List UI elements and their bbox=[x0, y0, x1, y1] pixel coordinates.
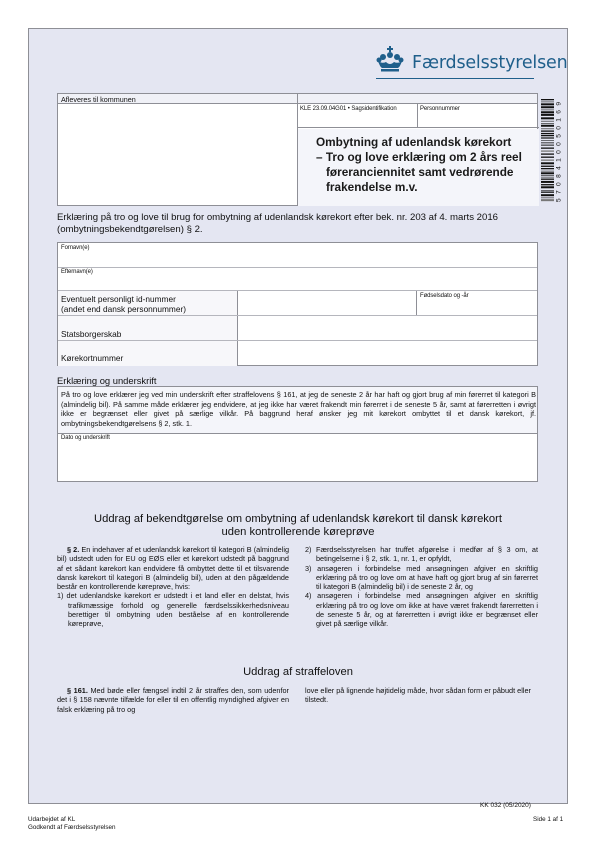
page-number: Side 1 af 1 bbox=[533, 816, 563, 823]
paragraph-text: En indehaver af et udenlandsk kørekort t… bbox=[57, 545, 289, 591]
license-number-row: Kørekortnummer bbox=[58, 341, 537, 366]
prepared-by: Udarbejdet af KL bbox=[28, 816, 116, 824]
citizenship-row: Statsborgerskab bbox=[58, 316, 537, 341]
title-line: Ombytning af udenlandsk kørekort bbox=[316, 135, 536, 150]
first-name-label: Fornavn(e) bbox=[61, 245, 89, 251]
intro-text: Erklæring på tro og love til brug for om… bbox=[57, 212, 542, 235]
order-excerpt-left-column: § 2. En indehaver af et udenlandsk kørek… bbox=[57, 545, 289, 629]
license-number-label: Kørekortnummer bbox=[61, 353, 123, 363]
id-number-label: Eventuelt personligt id-nummer (andet en… bbox=[61, 294, 186, 314]
approved-by: Godkendt af Færdselsstyrelsen bbox=[28, 824, 116, 832]
brand-name: Færdselsstyrelsen bbox=[412, 53, 567, 73]
order-excerpt-title-line: Uddrag af bekendtgørelse om ombytning af… bbox=[28, 513, 568, 526]
document-title-area: Ombytning af udenlandsk kørekort – Tro o… bbox=[298, 129, 539, 206]
penal-excerpt-right-column: love eller på lignende højtidelig måde, … bbox=[305, 686, 538, 705]
paragraph-text: Med bøde eller fængsel indtil 2 år straf… bbox=[57, 686, 289, 714]
penal-paragraph-continued: love eller på lignende højtidelig måde, … bbox=[305, 686, 538, 705]
license-number-field[interactable] bbox=[238, 341, 539, 366]
penal-excerpt-left-column: § 161. Med bøde eller fængsel indtil 2 å… bbox=[57, 686, 289, 714]
header-box: Afleveres til kommunen KLE 23.09.04G01 •… bbox=[57, 93, 538, 206]
form-code: KK 032 (05/2020) bbox=[480, 802, 531, 809]
citizenship-label: Statsborgerskab bbox=[61, 329, 121, 339]
order-excerpt-title-line: uden kontrollerende køreprøve bbox=[28, 526, 568, 539]
order-item: 3) ansøgeren i forbindelse med ansøgning… bbox=[305, 564, 538, 592]
order-item: 2) Færdselsstyrelsen har truffet afgørel… bbox=[305, 545, 538, 564]
barcode-icon: 5708410050169 bbox=[541, 98, 561, 203]
cpr-label: Personnummer bbox=[420, 106, 460, 112]
title-line: føreranciennitet samt vedrørende bbox=[316, 165, 536, 180]
signature-field[interactable] bbox=[58, 434, 537, 482]
personal-data-table: Fornavn(e) Efternavn(e) Eventuelt person… bbox=[57, 242, 538, 366]
birth-date-field[interactable] bbox=[417, 299, 539, 316]
last-name-row[interactable]: Efternavn(e) bbox=[58, 268, 537, 291]
title-line: frakendelse m.v. bbox=[316, 180, 536, 195]
declaration-text: På tro og love erklærer jeg ved min unde… bbox=[61, 390, 536, 428]
id-number-label-line: Eventuelt personligt id-nummer bbox=[61, 294, 186, 304]
deliver-to-label: Afleveres til kommunen bbox=[61, 95, 136, 104]
title-line: – Tro og love erklæring om 2 års reel bbox=[316, 150, 536, 165]
declaration-box: På tro og love erklærer jeg ved min unde… bbox=[57, 386, 538, 482]
paragraph-mark: § 2. bbox=[67, 545, 79, 554]
crown-icon bbox=[376, 46, 404, 74]
document-title: Ombytning af udenlandsk kørekort – Tro o… bbox=[316, 135, 536, 195]
svg-text:5708410050169: 5708410050169 bbox=[556, 102, 562, 202]
penal-paragraph: § 161. Med bøde eller fængsel indtil 2 å… bbox=[57, 686, 289, 714]
id-number-field[interactable] bbox=[238, 291, 416, 315]
citizenship-field[interactable] bbox=[238, 316, 539, 340]
last-name-label: Efternavn(e) bbox=[61, 269, 93, 275]
order-paragraph: § 2. En indehaver af et udenlandsk kørek… bbox=[57, 545, 289, 591]
municipality-address-field[interactable] bbox=[58, 105, 297, 206]
id-number-row: Eventuelt personligt id-nummer (andet en… bbox=[58, 291, 537, 316]
faerdselsstyrelsen-logo: Færdselsstyrelsen bbox=[376, 44, 546, 80]
footer-credits: Udarbejdet af KL Godkendt af Færdselssty… bbox=[28, 816, 116, 832]
first-name-row[interactable]: Fornavn(e) bbox=[58, 243, 537, 268]
order-item: 1) det udenlandske kørekort er udstedt i… bbox=[57, 591, 289, 628]
order-excerpt-title: Uddrag af bekendtgørelse om ombytning af… bbox=[28, 513, 568, 539]
id-number-label-line: (andet end dansk personnummer) bbox=[61, 304, 186, 314]
order-excerpt-right-column: 2) Færdselsstyrelsen har truffet afgørel… bbox=[305, 545, 538, 629]
cpr-field[interactable] bbox=[418, 113, 539, 127]
case-id-row: KLE 23.09.04G01 • Sagsidentifikation Per… bbox=[298, 104, 539, 128]
order-item: 4) ansøgeren i forbindelse med ansøgning… bbox=[305, 591, 538, 628]
logo-underline bbox=[376, 78, 534, 79]
declaration-heading: Erklæring og underskrift bbox=[57, 375, 157, 386]
penal-excerpt-title: Uddrag af straffeloven bbox=[28, 666, 568, 679]
case-id-field[interactable] bbox=[298, 113, 417, 127]
paragraph-mark: § 161. bbox=[67, 686, 88, 695]
case-id-label: KLE 23.09.04G01 • Sagsidentifikation bbox=[300, 106, 397, 112]
